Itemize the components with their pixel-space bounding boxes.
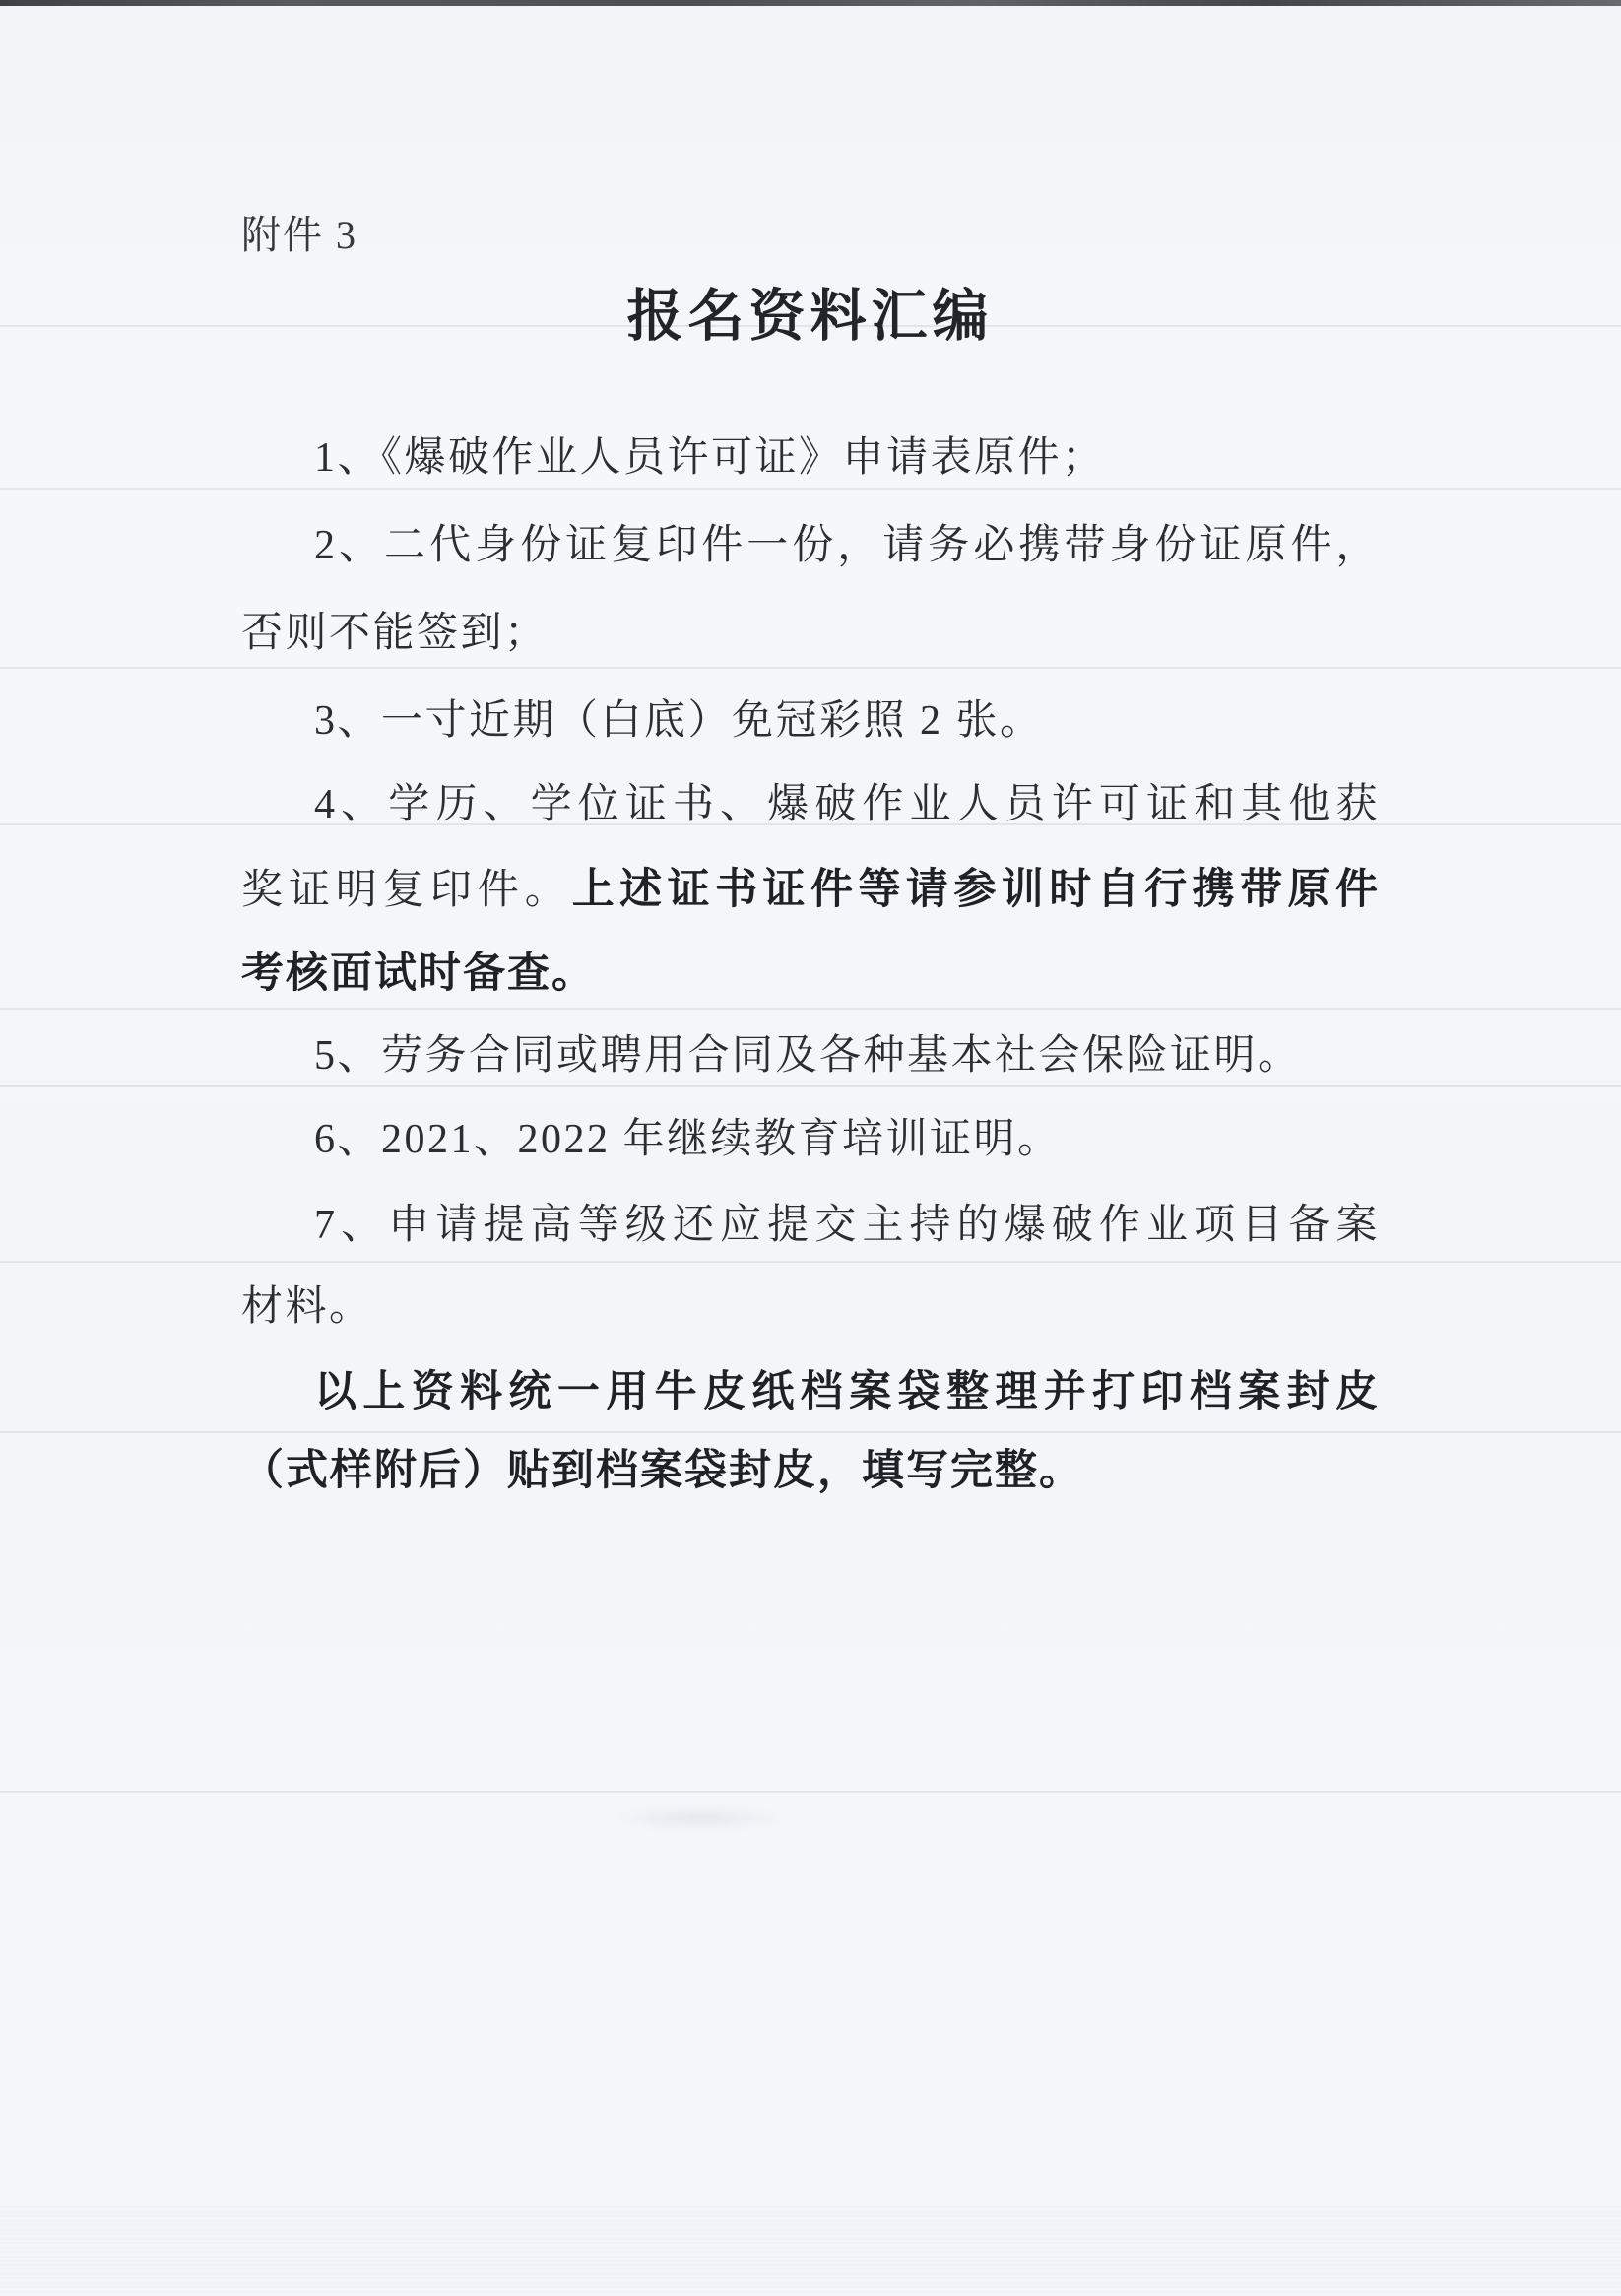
scan-streak-artifact	[0, 667, 1621, 669]
scan-streak-artifact	[0, 488, 1621, 490]
scanned-document-page: 附件 3 报名资料汇编 1、《爆破作业人员许可证》申请表原件； 2、二代身份证复…	[0, 0, 1621, 2296]
line-text: 5、劳务合同或聘用合同及各种基本社会保险证明。	[314, 1033, 1302, 1079]
document-line: 4、学历、学位证书、爆破作业人员许可证和其他获	[241, 781, 1380, 830]
line-text: （式样附后）贴到档案袋封皮，填写完整。	[241, 1447, 1083, 1494]
document-line: 6、2021、2022 年继续教育培训证明。	[241, 1116, 1380, 1165]
scan-streak-artifact	[0, 1008, 1621, 1010]
document-line: 7、申请提高等级还应提交主持的爆破作业项目备案	[241, 1202, 1380, 1251]
line-text: 以上资料统一用牛皮纸档案袋整理并打印档案封皮	[314, 1368, 1380, 1415]
line-text: 材料。	[241, 1284, 373, 1330]
document-line: 3、一寸近期（白底）免冠彩照 2 张。	[241, 697, 1380, 747]
line-text: 4、学历、学位证书、爆破作业人员许可证和其他获	[314, 782, 1380, 827]
document-line: 2、二代身份证复印件一份，请务必携带身份证原件，	[241, 522, 1380, 571]
line-text: 7、申请提高等级还应提交主持的爆破作业项目备案	[314, 1203, 1380, 1248]
line-text: 否则不能签到；	[241, 611, 549, 656]
line-text: 奖证明复印件。	[241, 868, 572, 913]
paper-smudge-artifact	[611, 1804, 788, 1832]
scan-edge-artifact	[0, 0, 1621, 6]
document-line: 考核面试时备查。	[241, 949, 1380, 999]
scan-streak-artifact	[0, 1261, 1621, 1263]
document-line: 奖证明复印件。上述证书证件等请参训时自行携带原件	[241, 865, 1380, 916]
scan-streak-artifact	[0, 1431, 1621, 1433]
scan-streak-artifact	[0, 1791, 1621, 1793]
line-text: 2、二代身份证复印件一份，请务必携带身份证原件，	[314, 523, 1380, 568]
line-text: 考核面试时备查。	[241, 950, 596, 997]
line-text: 3、一寸近期（白底）免冠彩照 2 张。	[314, 698, 1044, 744]
document-line: 否则不能签到；	[241, 610, 1380, 659]
document-line: （式样附后）贴到档案袋封皮，填写完整。	[241, 1446, 1380, 1496]
line-text: 1、《爆破作业人员许可证》申请表原件；	[314, 435, 1106, 481]
line-text: 6、2021、2022 年继续教育培训证明。	[314, 1117, 1062, 1162]
document-line: 以上资料统一用牛皮纸档案袋整理并打印档案封皮	[241, 1367, 1380, 1417]
document-line: 1、《爆破作业人员许可证》申请表原件；	[241, 434, 1380, 484]
scan-streak-artifact	[0, 1085, 1621, 1087]
document-title: 报名资料汇编	[241, 284, 1379, 351]
document-line: 材料。	[241, 1283, 1380, 1333]
line-text-bold: 上述证书证件等请参训时自行携带原件	[572, 866, 1380, 913]
attachment-label: 附件 3	[241, 216, 357, 255]
document-line: 5、劳务合同或聘用合同及各种基本社会保险证明。	[241, 1032, 1380, 1082]
scan-noise-band	[0, 2206, 1621, 2295]
